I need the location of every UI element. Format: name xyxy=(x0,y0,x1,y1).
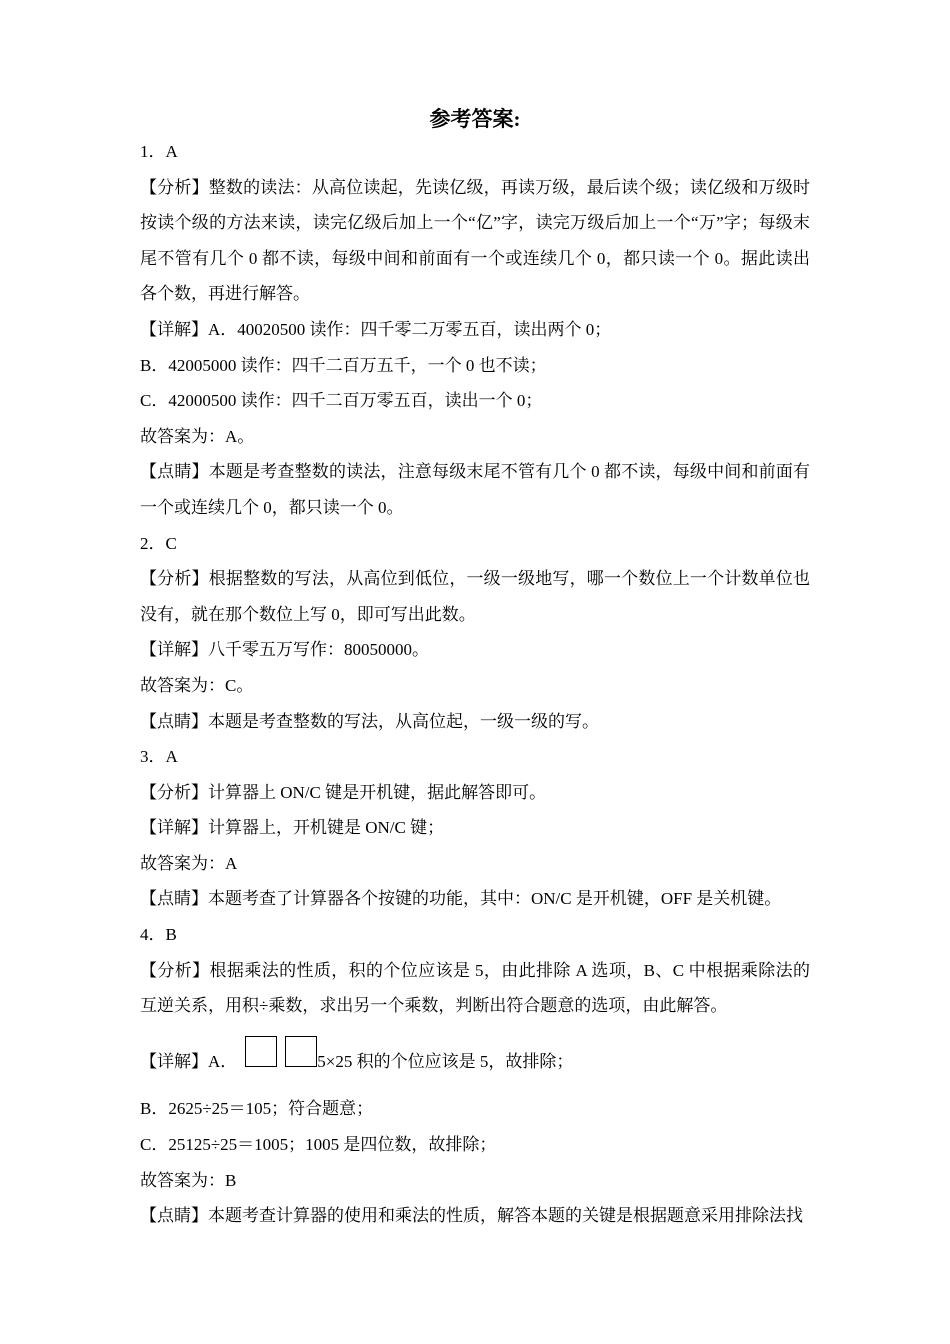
blank-box-2 xyxy=(285,1036,317,1067)
final-answer-q4: 故答案为：B xyxy=(140,1163,810,1199)
blank-box-1 xyxy=(245,1036,277,1067)
final-answer-q3: 故答案为：A xyxy=(140,846,810,882)
key-point-q2: 【点睛】本题是考查整数的写法，从高位起，一级一级的写。 xyxy=(140,704,810,740)
detail-q3: 【详解】计算器上，开机键是 ON/C 键； xyxy=(140,810,810,846)
analysis-q3: 【分析】计算器上 ON/C 键是开机键，据此解答即可。 xyxy=(140,775,810,811)
final-answer-q1: 故答案为：A。 xyxy=(140,419,810,455)
detail-q4-option-b: B．2625÷25＝105；符合题意； xyxy=(140,1091,810,1127)
analysis-q4: 【分析】根据乘法的性质，积的个位应该是 5，由此排除 A 选项，B、C 中根据乘… xyxy=(140,953,810,1024)
analysis-q1: 【分析】整数的读法：从高位读起，先读亿级，再读万级，最后读个级；读亿级和万级时按… xyxy=(140,170,810,312)
page-title: 参考答案: xyxy=(140,104,810,134)
detail-q1-option-c: C．42000500 读作：四千二百万零五百，读出一个 0； xyxy=(140,383,810,419)
analysis-q2: 【分析】根据整数的写法，从高位到低位，一级一级地写，哪一个数位上一个计数单位也没… xyxy=(140,561,810,632)
document-page: 参考答案: 1．A 【分析】整数的读法：从高位读起，先读亿级，再读万级，最后读个… xyxy=(0,0,950,1344)
answer-number-q2: 2．C xyxy=(140,526,810,562)
answer-number-q4: 4．B xyxy=(140,917,810,953)
answer-number-q1: 1．A xyxy=(140,134,810,170)
detail-q4-option-c: C．25125÷25＝1005；1005 是四位数，故排除； xyxy=(140,1127,810,1163)
final-answer-q2: 故答案为：C。 xyxy=(140,668,810,704)
detail-q1-option-b: B．42005000 读作：四千二百万五千，一个 0 也不读； xyxy=(140,348,810,384)
answer-number-q3: 3．A xyxy=(140,739,810,775)
detail-q4-text-after-boxes: 5×25 积的个位应该是 5，故排除； xyxy=(317,1052,573,1071)
detail-q2: 【详解】八千零五万写作：80050000。 xyxy=(140,632,810,668)
key-point-q4: 【点睛】本题考查计算器的使用和乘法的性质，解答本题的关键是根据题意采用排除法找 xyxy=(140,1198,810,1234)
detail-q4-option-a: 【详解】A．5×25 积的个位应该是 5，故排除； xyxy=(140,1036,810,1080)
detail-q4-text-before-boxes: 【详解】A． xyxy=(140,1052,237,1071)
key-point-q3: 【点睛】本题考查了计算器各个按键的功能，其中：ON/C 是开机键，OFF 是关机… xyxy=(140,881,810,917)
detail-q1-option-a: 【详解】A．40020500 读作：四千零二万零五百，读出两个 0； xyxy=(140,312,810,348)
key-point-q1: 【点睛】本题是考查整数的读法，注意每级末尾不管有几个 0 都不读，每级中间和前面… xyxy=(140,454,810,525)
document-content: 参考答案: 1．A 【分析】整数的读法：从高位读起，先读亿级，再读万级，最后读个… xyxy=(140,0,810,1234)
